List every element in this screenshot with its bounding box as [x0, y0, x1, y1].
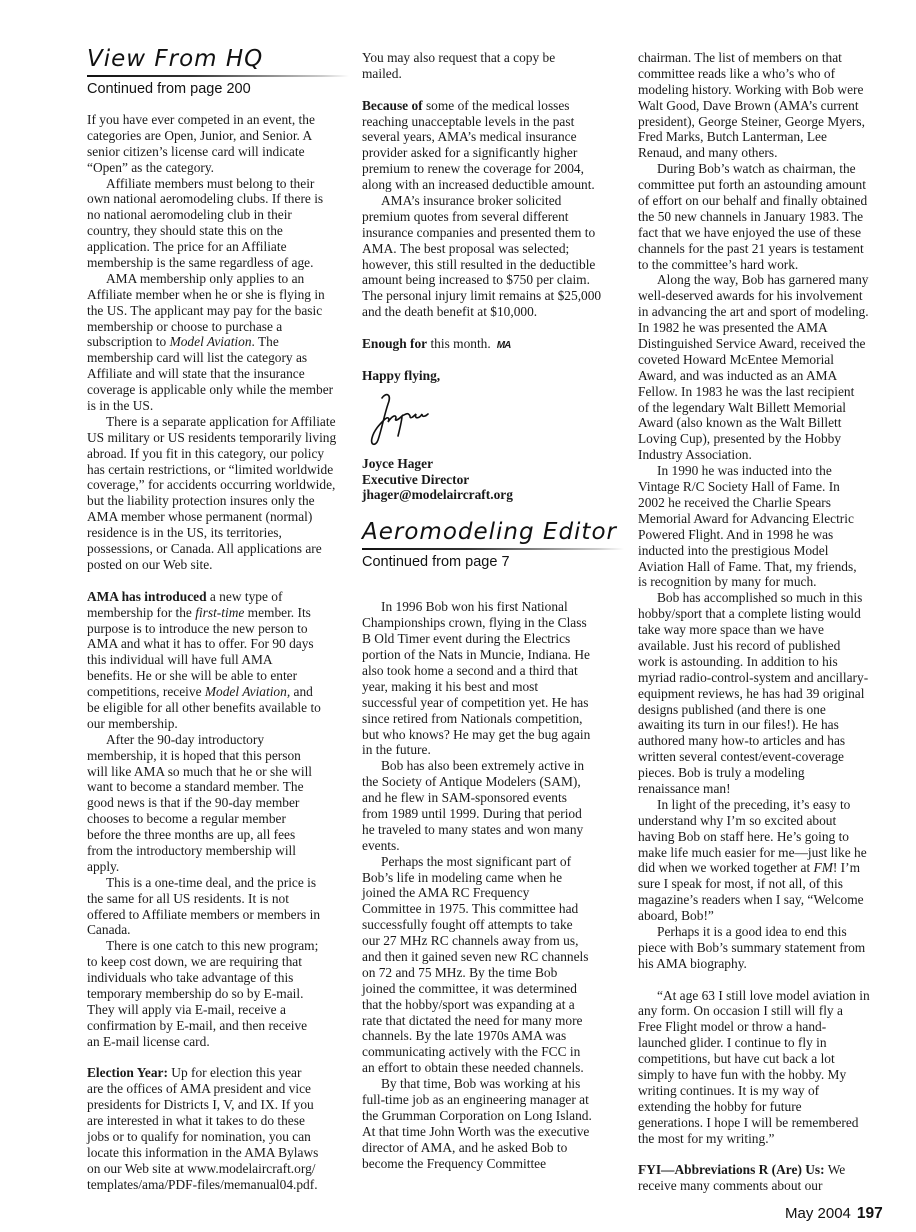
- text-line: of the legendary Walt Billett Memorial: [638, 400, 900, 416]
- text-line: of effort on our behalf and finally obta…: [638, 193, 900, 209]
- text-line: Vintage R/C Society Hall of Fame. In: [638, 479, 900, 495]
- text-line: no national aeromodeling club in their: [87, 207, 349, 223]
- run-in-heading: Election Year:: [87, 1065, 168, 1080]
- text-line: available. Just his record of published: [638, 638, 900, 654]
- text-line: on our Web site at www.modelaircraft.org…: [87, 1161, 349, 1177]
- text-line: however, this still resulted in the dedu…: [362, 257, 624, 273]
- continued-note: Continued from page 200: [87, 81, 349, 98]
- run-in-heading: Because of: [362, 98, 423, 113]
- text-line: our membership.: [87, 716, 349, 732]
- text-line: You may also request that a copy be: [362, 50, 624, 66]
- text-line: an effort to obtain these needed channel…: [362, 1060, 624, 1076]
- text-line: good news is that if the 90-day member: [87, 795, 349, 811]
- continued-note: Continued from page 7: [362, 554, 624, 571]
- text-line: extending the hobby for future: [638, 1099, 900, 1115]
- text-line: hobby/sport that a complete listing woul…: [638, 606, 900, 622]
- text-line: having Bob on staff here. He’s going to: [638, 829, 900, 845]
- text-line: Affiliate members must belong to their: [87, 176, 349, 192]
- text-line: Committee in 1975. This committee had: [362, 901, 624, 917]
- text-line: purpose is to introduce the new person t…: [87, 621, 349, 637]
- text-line: reaching unacceptable levels in the past: [362, 114, 624, 130]
- text-line: simply to have fun with the hobby. My: [638, 1067, 900, 1083]
- text-line: the most for my writing.”: [638, 1131, 900, 1147]
- paragraph-gap: [87, 1050, 349, 1066]
- text-line: In light of the preceding, it’s easy to: [638, 797, 900, 813]
- text-line: equipment reviews, he has had 39 origina…: [638, 686, 900, 702]
- text-line: locate this information in the AMA Bylaw…: [87, 1145, 349, 1161]
- text-line: be eligible for all other benefits avail…: [87, 700, 349, 716]
- text-line: work is astounding. In addition to his: [638, 654, 900, 670]
- text-line: this individual will have full AMA: [87, 652, 349, 668]
- text-line: along with an increased deductible amoun…: [362, 177, 624, 193]
- text-line: in the future.: [362, 742, 624, 758]
- text-line: awaiting its turn in our files!). He has: [638, 717, 900, 733]
- text-line: receive many comments about our: [638, 1178, 900, 1194]
- italic-title: first-time: [195, 605, 244, 620]
- text-line: the Grumman Corporation on Long Island.: [362, 1108, 624, 1124]
- text-line: By that time, Bob was working at his: [362, 1076, 624, 1092]
- text-line: membership or choose to purchase a: [87, 319, 349, 335]
- text-line: “At age 63 I still love model aviation i…: [638, 988, 900, 1004]
- closing-bold: Enough for: [362, 336, 427, 351]
- text-line: Bob has also been extremely active in: [362, 758, 624, 774]
- text-line: fact that we have enjoyed the use of the…: [638, 225, 900, 241]
- column-1: View From HQ Continued from page 200 If …: [87, 50, 349, 1193]
- text-line: Fred Marks, Butch Lanterman, Lee: [638, 129, 900, 145]
- text-line: modeling history. Working with Bob were: [638, 82, 900, 98]
- text-line: At that time John Worth was the executiv…: [362, 1124, 624, 1140]
- text-line: are the offices of AMA president and vic…: [87, 1081, 349, 1097]
- text-line: individuals who take advantage of this: [87, 970, 349, 986]
- column-2-body-bottom: In 1996 Bob won his first NationalChampi…: [362, 599, 624, 1171]
- text-line: Bob’s life in modeling came when he: [362, 870, 624, 886]
- text-line: jobs or to qualify for nomination, you c…: [87, 1129, 349, 1145]
- signature-icon: [368, 390, 458, 450]
- author-title: Executive Director: [362, 472, 624, 488]
- paragraph-gap: [638, 1146, 900, 1162]
- text-line: several years, AMA’s medical insurance: [362, 129, 624, 145]
- text-line: premium quotes from several different: [362, 209, 624, 225]
- text-line: any form. On occasion I still will fly a: [638, 1003, 900, 1019]
- text-line: premium to renew the coverage for 2004,: [362, 161, 624, 177]
- text-line: subscription to Model Aviation. The: [87, 334, 349, 350]
- author-name: Joyce Hager: [362, 456, 624, 472]
- text-line: amount being increased to $750 per claim…: [362, 272, 624, 288]
- text-line: temporary membership do so by E-mail.: [87, 986, 349, 1002]
- text-line: also took home a second and a third that: [362, 663, 624, 679]
- text-line: Championships crown, flying in the Class: [362, 615, 624, 631]
- text-line: Election Year: Up for election this year: [87, 1065, 349, 1081]
- text-line: that the hobby/sport was expanding at a: [362, 997, 624, 1013]
- text-line: Because of some of the medical losses: [362, 98, 624, 114]
- text-line: year, making it his best and most: [362, 679, 624, 695]
- text-line: the US. The applicant may pay for the ba…: [87, 303, 349, 319]
- text-line: our 27 MHz RC channels away from us,: [362, 933, 624, 949]
- text-line: categories are Open, Junior, and Senior.…: [87, 128, 349, 144]
- text-line: an E-mail license card.: [87, 1034, 349, 1050]
- page-number: 197: [857, 1205, 883, 1222]
- spacer: [362, 352, 624, 368]
- text-line: Powered Flight. And in 1998 he was: [638, 527, 900, 543]
- heading-rule: [87, 75, 349, 77]
- text-line: coveted Howard McEntee Memorial: [638, 352, 900, 368]
- text-line: insurance companies and presented them t…: [362, 225, 624, 241]
- text-line: membership card will list the category a…: [87, 350, 349, 366]
- text-line: provider asked for a significantly highe…: [362, 145, 624, 161]
- text-line: rate that dictated the need for many mor…: [362, 1013, 624, 1029]
- text-line: apply.: [87, 859, 349, 875]
- text-line: the same for all US residents. It is not: [87, 891, 349, 907]
- text-line: AMA’s insurance broker solicited: [362, 193, 624, 209]
- text-line: did when we worked together at FM! I’m: [638, 860, 900, 876]
- text-line: Industry Association.: [638, 447, 900, 463]
- text-line: has certain restrictions, or “limited wo…: [87, 462, 349, 478]
- text-line: joined the committee, it was determined: [362, 981, 624, 997]
- column-3-body: chairman. The list of members on thatcom…: [638, 50, 900, 1194]
- text-line: and then it gained seven new RC channels: [362, 949, 624, 965]
- italic-title: Model Aviation: [170, 334, 252, 349]
- text-line: generations. I hope I will be remembered: [638, 1115, 900, 1131]
- text-line: Affiliate member when he or she is flyin…: [87, 287, 349, 303]
- text-line: Renaud, and many others.: [638, 145, 900, 161]
- text-line: mailed.: [362, 66, 624, 82]
- closing-line: Enough for this month.MA: [362, 336, 624, 352]
- text-line: inducted into the prestigious Model: [638, 543, 900, 559]
- text-line: myriad radio-control-system and ancillar…: [638, 670, 900, 686]
- text-line: are interested in what it takes to do th…: [87, 1113, 349, 1129]
- text-line: Aviation Hall of Fame. That, my friends,: [638, 559, 900, 575]
- text-line: portion of the Nats in Muncie, Indiana. …: [362, 647, 624, 663]
- text-line: channels. By the late 1970s AMA was: [362, 1028, 624, 1044]
- text-line: If you have ever competed in an event, t…: [87, 112, 349, 128]
- text-line: Perhaps the most significant part of: [362, 854, 624, 870]
- text-line: Loving Cup), presented by the Hobby: [638, 431, 900, 447]
- paragraph-gap: [638, 972, 900, 988]
- text-line: joined the AMA RC Frequency: [362, 885, 624, 901]
- text-line: pieces. Bob is truly a modeling: [638, 765, 900, 781]
- text-line: Fellow. In 1983 he was the last recipien…: [638, 384, 900, 400]
- run-in-heading: FYI—Abbreviations R (Are) Us:: [638, 1162, 825, 1177]
- text-line: the Society of Antique Modelers (SAM),: [362, 774, 624, 790]
- text-line: possessions, or Canada. All applications…: [87, 541, 349, 557]
- text-line: Award, and was inducted as an AMA: [638, 368, 900, 384]
- text-line: offered to Affiliate members or members …: [87, 907, 349, 923]
- text-line: from 1989 until 1999. During that period: [362, 806, 624, 822]
- text-line: FYI—Abbreviations R (Are) Us: We: [638, 1162, 900, 1178]
- text-line: abroad. If you fit in this category, our…: [87, 446, 349, 462]
- text-line: Affiliate and will state that the insura…: [87, 366, 349, 382]
- text-line: president), George Steiner, George Myers…: [638, 114, 900, 130]
- italic-title: FM: [814, 860, 833, 875]
- text-line: and the death benefit at $10,000.: [362, 304, 624, 320]
- text-line: coverage,” for accidents occurring world…: [87, 477, 349, 493]
- text-line: since retired from Nationals competition…: [362, 711, 624, 727]
- text-line: before the three months are up, all fees: [87, 827, 349, 843]
- text-line: Memorial Award for Advancing Electric: [638, 511, 900, 527]
- text-line: This is a one-time deal, and the price i…: [87, 875, 349, 891]
- text-line: magazine’s readers when I say, “Welcome: [638, 892, 900, 908]
- run-in-heading: AMA has introduced: [87, 589, 207, 604]
- text-line: successful year of competition yet. He h…: [362, 695, 624, 711]
- text-line: Award (also known as the Walt Billett: [638, 415, 900, 431]
- text-line: and he flew in SAM-sponsored events: [362, 790, 624, 806]
- text-line: understand why I’m so excited about: [638, 813, 900, 829]
- text-line: successfully fought off attempts to take: [362, 917, 624, 933]
- section-heading-view-from-hq: View From HQ: [87, 46, 349, 72]
- spacer: [87, 98, 349, 112]
- text-line: events.: [362, 838, 624, 854]
- text-line: want to become a standard member. The: [87, 779, 349, 795]
- italic-title: Model Aviation,: [205, 684, 290, 699]
- text-line: from the introductory membership will: [87, 843, 349, 859]
- paragraph-gap: [362, 82, 624, 98]
- text-line: The personal injury limit remains at $25…: [362, 288, 624, 304]
- text-line: presidents for Districts I, V, and IX. I…: [87, 1097, 349, 1113]
- text-line: aboard, Bob!”: [638, 908, 900, 924]
- text-line: written several contest/event-coverage: [638, 749, 900, 765]
- text-line: designs published (and there is one: [638, 702, 900, 718]
- text-line: templates/ama/PDF-files/memanual04.pdf.: [87, 1177, 349, 1193]
- text-line: coverage is applicable only while the me…: [87, 382, 349, 398]
- issue-date: May 2004: [785, 1205, 851, 1222]
- text-line: full-time job as an engineering manager …: [362, 1092, 624, 1108]
- text-line: “Open” as the category.: [87, 160, 349, 176]
- text-line: but the liability protection insures onl…: [87, 493, 349, 509]
- sign-off: Happy flying,: [362, 368, 624, 384]
- text-line: Walt Good, Dave Brown (AMA’s current: [638, 98, 900, 114]
- text-line: AMA membership only applies to an: [87, 271, 349, 287]
- text-line: is in the US.: [87, 398, 349, 414]
- text-line: posted on our Web site.: [87, 557, 349, 573]
- text-line: In 1996 Bob won his first National: [362, 599, 624, 615]
- text-line: well-deserved awards for his involvement: [638, 288, 900, 304]
- text-line: authored many how-to articles and has: [638, 733, 900, 749]
- text-line: chooses to become a regular member: [87, 811, 349, 827]
- text-line: committee put forth an astounding amount: [638, 177, 900, 193]
- text-line: Bob has accomplished so much in this: [638, 590, 900, 606]
- text-line: writing continues. It is my way of: [638, 1083, 900, 1099]
- text-line: director of AMA, and he asked Bob to: [362, 1140, 624, 1156]
- text-line: AMA has introduced a new type of: [87, 589, 349, 605]
- author-email-link[interactable]: jhager@modelaircraft.org: [362, 487, 624, 503]
- text-line: is recognition by many for much.: [638, 574, 900, 590]
- text-line: he traveled to many states and won many: [362, 822, 624, 838]
- text-line: competitions, but have cut back a lot: [638, 1051, 900, 1067]
- text-line: Free Flight model or throw a hand-: [638, 1019, 900, 1035]
- text-line: There is one catch to this new program;: [87, 938, 349, 954]
- text-line: country, they should state this on the: [87, 223, 349, 239]
- text-line: During Bob’s watch as chairman, the: [638, 161, 900, 177]
- text-line: competitions, receive Model Aviation, an…: [87, 684, 349, 700]
- spacer: [362, 571, 624, 599]
- text-line: channels for the past 21 years is testam…: [638, 241, 900, 257]
- text-line: benefits. He or she will be able to ente…: [87, 668, 349, 684]
- text-line: renaissance man!: [638, 781, 900, 797]
- text-line: application. The price for an Affiliate: [87, 239, 349, 255]
- text-line: There is a separate application for Affi…: [87, 414, 349, 430]
- text-line: committee reads like a who’s who of: [638, 66, 900, 82]
- text-line: Canada.: [87, 922, 349, 938]
- text-line: confirmation by E-mail, and then receive: [87, 1018, 349, 1034]
- closing-rest: this month.: [427, 336, 491, 351]
- text-line: US military or US residents temporarily …: [87, 430, 349, 446]
- column-1-body: If you have ever competed in an event, t…: [87, 112, 349, 1193]
- text-line: will like AMA so much that he or she wil…: [87, 764, 349, 780]
- page-footer: May 2004197: [785, 1205, 883, 1223]
- text-line: become the Frequency Committee: [362, 1156, 624, 1172]
- text-line: AMA. The best proposal was selected;: [362, 241, 624, 257]
- text-line: on 72 and 75 MHz. By the time Bob: [362, 965, 624, 981]
- text-line: After the 90-day introductory: [87, 732, 349, 748]
- text-line: to keep cost down, we are requiring that: [87, 954, 349, 970]
- text-line: make life much easier for me—just like h…: [638, 845, 900, 861]
- text-line: in advancing the art and sport of modeli…: [638, 304, 900, 320]
- column-3: chairman. The list of members on thatcom…: [638, 50, 900, 1194]
- text-line: In 1982 he was presented the AMA: [638, 320, 900, 336]
- text-line: own national aeromodeling clubs. If ther…: [87, 191, 349, 207]
- text-line: chairman. The list of members on that: [638, 50, 900, 66]
- text-line: B Old Timer event during the Electrics: [362, 631, 624, 647]
- text-line: membership for the first-time member. It…: [87, 605, 349, 621]
- text-line: to the committee’s hard work.: [638, 257, 900, 273]
- section-heading-aeromodeling-editor: Aeromodeling Editor: [362, 519, 624, 545]
- text-line: launched glider. I continue to fly in: [638, 1035, 900, 1051]
- text-line: They will apply via E-mail, receive a: [87, 1002, 349, 1018]
- text-line: In 1990 he was inducted into the: [638, 463, 900, 479]
- text-line: sure I speak for most, if not all, of th…: [638, 876, 900, 892]
- text-line: communicating actively with the FCC in: [362, 1044, 624, 1060]
- paragraph-gap: [362, 320, 624, 336]
- text-line: the 50 new channels in January 1983. The: [638, 209, 900, 225]
- text-line: but who knows? He may get the bug again: [362, 727, 624, 743]
- text-line: senior citizen’s license card will indic…: [87, 144, 349, 160]
- text-line: Distinguished Service Award, received th…: [638, 336, 900, 352]
- text-line: AMA and what it has to offer. For 90 day…: [87, 636, 349, 652]
- text-line: take way more space than we have: [638, 622, 900, 638]
- column-2: You may also request that a copy bemaile…: [362, 50, 624, 1171]
- text-line: his AMA biography.: [638, 956, 900, 972]
- text-line: piece with Bob’s summary statement from: [638, 940, 900, 956]
- text-line: Perhaps it is a good idea to end this: [638, 924, 900, 940]
- text-line: 2002 he received the Charlie Spears: [638, 495, 900, 511]
- text-line: AMA member whose permanent (normal): [87, 509, 349, 525]
- paragraph-gap: [87, 573, 349, 589]
- heading-rule: [362, 548, 624, 550]
- text-line: residence is in the US, its territories,: [87, 525, 349, 541]
- text-line: membership, it is hoped that this person: [87, 748, 349, 764]
- end-mark-icon: MA: [497, 340, 511, 351]
- text-line: membership is the same regardless of age…: [87, 255, 349, 271]
- text-line: Along the way, Bob has garnered many: [638, 272, 900, 288]
- column-2-body-top: You may also request that a copy bemaile…: [362, 50, 624, 336]
